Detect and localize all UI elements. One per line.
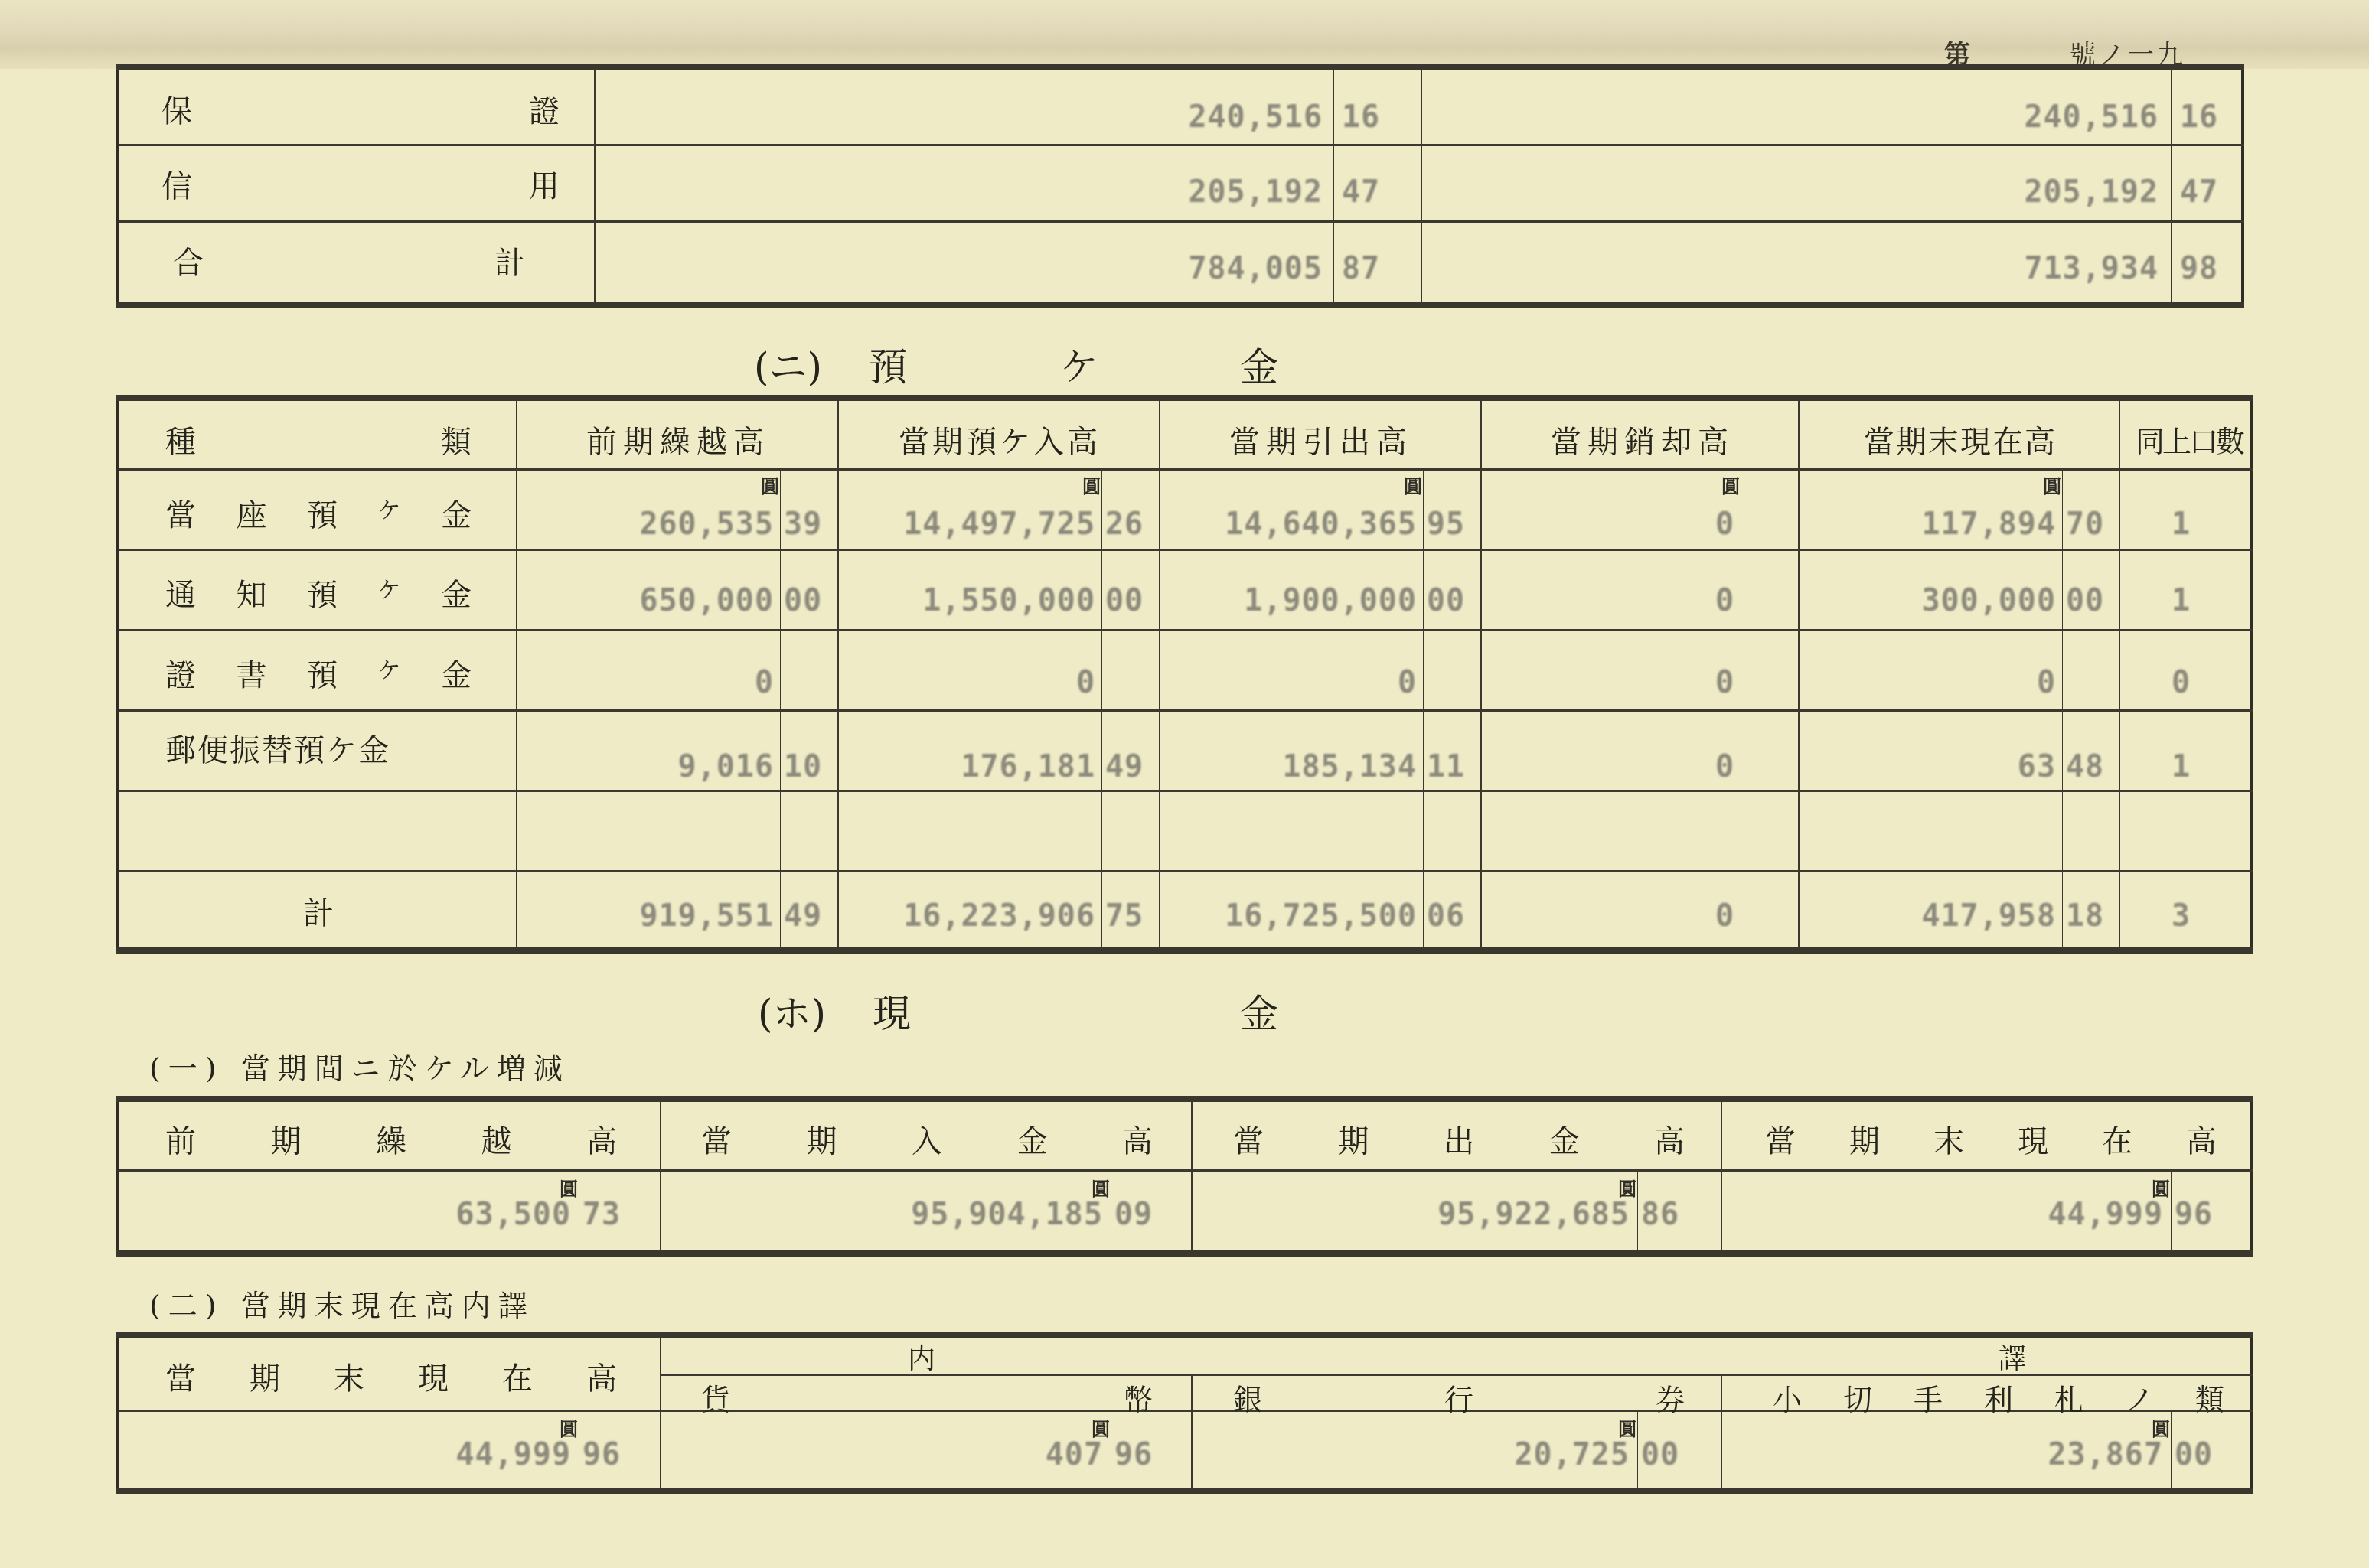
kind-char: ケ [378, 651, 401, 695]
title-char: 金 [1240, 983, 1278, 1038]
header-written-off: 當期銷却高 [1497, 418, 1788, 461]
kind-char: ケ [378, 571, 401, 614]
writeoff-value: 0 [1715, 507, 1734, 542]
amount-yen: 407 [1046, 1437, 1103, 1472]
header-char: 在 [2102, 1117, 2132, 1161]
header-char: 末 [1933, 1117, 1964, 1161]
amount-yen: 205,192 [2024, 174, 2159, 210]
row-label: 證 [529, 87, 560, 131]
amount-yen: 95,922,685 [1437, 1197, 1630, 1232]
account-count: 3 [2172, 898, 2191, 934]
amount-yen: 20,725 [1515, 1437, 1630, 1472]
end-yen: 300,000 [1921, 583, 2056, 618]
header-withdrawn: 當期引出高 [1176, 418, 1467, 461]
amount-sen: 96 [1114, 1437, 1153, 1472]
amount-sen: 16 [1342, 99, 1380, 135]
header-char: 前 [165, 1117, 196, 1161]
header-char: 在 [502, 1354, 533, 1398]
writeoff-value: 0 [1715, 749, 1734, 784]
end-yen: 63 [2018, 749, 2056, 784]
header-breakdown-right: 譯 [1999, 1338, 2026, 1377]
header-char: 高 [586, 1117, 617, 1161]
subheader-char: 貨 [701, 1376, 730, 1418]
subheader-char: 小 [1773, 1376, 1802, 1418]
header-char: 繰 [376, 1117, 406, 1161]
writeoff-value: 0 [1715, 583, 1734, 618]
account-count: 0 [2172, 665, 2191, 700]
account-count: 1 [2172, 583, 2191, 618]
title-char: ケ [1060, 337, 1098, 392]
yen-unit: 圓 [1721, 471, 1740, 498]
dep-yen: 176,181 [961, 749, 1095, 784]
kind-char: 當 [165, 491, 196, 535]
title-char: 金 [1240, 337, 1278, 392]
kind-char: 通 [165, 571, 196, 614]
kind-label: 郵便振替預ケ金 [165, 726, 487, 770]
header-char: 現 [418, 1354, 449, 1398]
end-yen: 417,958 [1921, 898, 2056, 934]
end-sen: 48 [2066, 749, 2104, 784]
dep-yen: 1,550,000 [922, 583, 1095, 618]
total-label: 計 [303, 889, 334, 933]
header-kind: 種 [165, 418, 196, 461]
dep-sen: 00 [1105, 583, 1144, 618]
wd-yen: 1,900,000 [1244, 583, 1417, 618]
prev-sen: 10 [784, 749, 822, 784]
wd-sen: 06 [1427, 898, 1465, 934]
prev-yen: 650,000 [639, 583, 774, 618]
section-title-deposits: (ニ) 預 ケ 金 [754, 337, 1290, 392]
amount-sen: 16 [2180, 99, 2218, 135]
amount-yen: 95,904,185 [911, 1197, 1103, 1232]
wd-yen: 185,134 [1282, 749, 1417, 784]
header-breakdown-left: 内 [908, 1338, 935, 1377]
header-char: 期 [250, 1354, 280, 1398]
loans-table: 保證 240,516 16 240,516 16 信用 205,192 47 2… [116, 70, 2244, 302]
header-char: 越 [481, 1117, 512, 1161]
kind-char: 預 [307, 571, 338, 614]
writeoff-value: 0 [1715, 898, 1734, 934]
subheader-char: 行 [1444, 1376, 1473, 1418]
section-prefix: (ニ) [754, 345, 822, 390]
title-char: 現 [873, 983, 911, 1038]
amount-yen: 713,934 [2024, 251, 2159, 286]
header-char: 高 [1654, 1117, 1685, 1161]
cash-breakdown-table: 當期末現在高 内 譯 貨幣 銀行券 小切手利札ノ類 圓 圓 圓 圓 44,999… [116, 1338, 2253, 1488]
amount-yen: 44,999 [2048, 1197, 2164, 1232]
title-char: 預 [869, 337, 907, 392]
prev-yen: 919,551 [639, 898, 774, 934]
subsection-title-change: (一) 當期間ニ於ケル増減 [149, 1045, 570, 1087]
end-yen: 117,894 [1921, 507, 2056, 542]
subsection-title-breakdown: (二) 當期末現在高内譯 [149, 1282, 535, 1324]
amount-sen: 47 [1342, 174, 1380, 210]
dep-yen: 16,223,906 [903, 898, 1095, 934]
amount-sen: 87 [1342, 251, 1380, 286]
subheader-char: 利 [1984, 1376, 2013, 1418]
kind-char: 預 [307, 651, 338, 695]
amount-yen: 784,005 [1188, 251, 1323, 286]
header-char: 入 [912, 1117, 942, 1161]
subheader-char: 類 [2195, 1376, 2224, 1418]
prev-sen: 49 [784, 898, 822, 934]
header-accounts: 同上口數 [2122, 418, 2256, 460]
subheader-char: 銀 [1233, 1376, 1262, 1418]
subheader-char: ノ [2125, 1376, 2154, 1418]
header-char: 期 [807, 1117, 837, 1161]
kind-char: 金 [441, 571, 472, 614]
amount-sen: 00 [2175, 1437, 2213, 1472]
section-title-cash: (ホ) 現 金 [758, 983, 1294, 1038]
wd-yen: 16,725,500 [1225, 898, 1417, 934]
kind-char: 證 [165, 651, 196, 695]
amount-sen: 09 [1114, 1197, 1153, 1232]
subheader-char: 券 [1656, 1376, 1685, 1418]
wd-sen: 11 [1427, 749, 1465, 784]
amount-yen: 23,867 [2048, 1437, 2164, 1472]
wd-yen: 14,640,365 [1225, 507, 1417, 542]
yen-unit: 圓 [2043, 471, 2061, 498]
amount-sen: 47 [2180, 174, 2218, 210]
section-prefix: (ホ) [758, 992, 826, 1036]
dep-yen: 14,497,725 [903, 507, 1095, 542]
amount-yen: 240,516 [1188, 99, 1323, 135]
row-label: 合 [173, 239, 204, 282]
kind-char: 座 [237, 491, 267, 535]
yen-unit: 圓 [1404, 471, 1422, 498]
kind-char: 預 [307, 491, 338, 535]
prev-yen: 260,535 [639, 507, 774, 542]
amount-sen: 96 [582, 1437, 621, 1472]
kind-char: 知 [237, 571, 267, 614]
subheader-char: 手 [1914, 1376, 1943, 1418]
amount-yen: 205,192 [1188, 174, 1323, 210]
header-char: 當 [1765, 1117, 1796, 1161]
wd-yen: 0 [1398, 665, 1417, 700]
kind-char: 金 [441, 491, 472, 535]
row-label: 用 [529, 162, 560, 206]
header-char: 期 [271, 1117, 302, 1161]
kind-char: ケ [378, 491, 401, 535]
account-count: 1 [2172, 749, 2191, 784]
header-deposited: 當期預ケ入高 [854, 418, 1145, 461]
row-label: 信 [162, 162, 192, 206]
header-char: 現 [2018, 1117, 2048, 1161]
yen-unit: 圓 [1082, 471, 1101, 498]
kind-char: 書 [237, 651, 267, 695]
dep-sen: 75 [1105, 898, 1144, 934]
amount-yen: 44,999 [456, 1437, 572, 1472]
writeoff-value: 0 [1715, 665, 1734, 700]
header-char: 當 [701, 1117, 732, 1161]
prev-sen: 00 [784, 583, 822, 618]
end-sen: 70 [2066, 507, 2104, 542]
amount-sen: 00 [1641, 1437, 1679, 1472]
amount-sen: 98 [2180, 251, 2218, 286]
deposits-table: 種類 前期繰越高 當期預ケ入高 當期引出高 當期銷却高 當期末現在高 同上口數 … [116, 401, 2253, 947]
dep-sen: 49 [1105, 749, 1144, 784]
cash-change-table: 前期繰越高 當期入金高 當期出金高 當期末現在高 圓 圓 圓 圓 63,500 … [116, 1102, 2253, 1250]
header-kind: 類 [441, 418, 472, 461]
end-yen: 0 [2037, 665, 2056, 700]
amount-sen: 96 [2175, 1197, 2213, 1232]
header-char: 當 [1233, 1117, 1264, 1161]
amount-yen: 240,516 [2024, 99, 2159, 135]
header-char: 期 [1339, 1117, 1369, 1161]
subheader-char: 札 [2054, 1376, 2083, 1418]
yen-unit: 圓 [761, 471, 779, 498]
prev-yen: 9,016 [678, 749, 774, 784]
row-label: 保 [162, 87, 192, 131]
header-char: 高 [1122, 1117, 1153, 1161]
amount-sen: 73 [582, 1197, 621, 1232]
end-sen: 18 [2066, 898, 2104, 934]
header-char: 出 [1444, 1117, 1474, 1161]
dep-yen: 0 [1076, 665, 1095, 700]
header-char: 期 [1849, 1117, 1880, 1161]
amount-sen: 86 [1641, 1197, 1679, 1232]
header-prev-carryover: 前期繰越高 [533, 418, 824, 461]
header-char: 末 [334, 1354, 364, 1398]
header-end-balance: 當期末現在高 [1815, 418, 2106, 461]
header-char: 高 [586, 1354, 617, 1398]
kind-char: 金 [441, 651, 472, 695]
header-char: 金 [1017, 1117, 1048, 1161]
subheader-char: 切 [1843, 1376, 1872, 1418]
header-char: 高 [2186, 1117, 2217, 1161]
header-char: 當 [165, 1354, 196, 1398]
prev-sen: 39 [784, 507, 822, 542]
amount-yen: 63,500 [456, 1197, 572, 1232]
wd-sen: 00 [1427, 583, 1465, 618]
prev-yen: 0 [755, 665, 774, 700]
end-sen: 00 [2066, 583, 2104, 618]
subheader-char: 幣 [1124, 1376, 1153, 1418]
wd-sen: 95 [1427, 507, 1465, 542]
account-count: 1 [2172, 507, 2191, 542]
dep-sen: 26 [1105, 507, 1144, 542]
row-label: 計 [494, 239, 525, 282]
header-char: 金 [1549, 1117, 1580, 1161]
